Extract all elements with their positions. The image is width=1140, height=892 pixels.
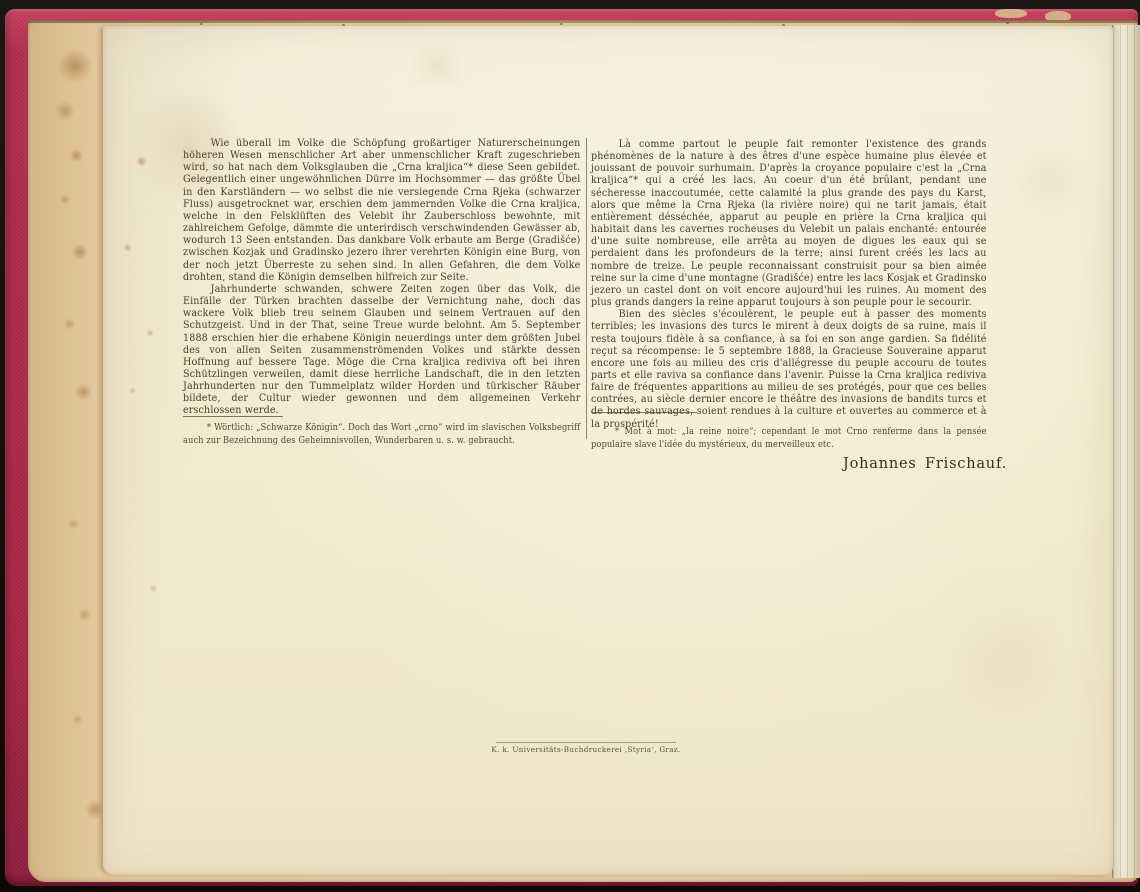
paper-speck [200, 23, 203, 25]
cover-tear [995, 9, 1027, 18]
german-paragraph-1: Wie überall im Volke die Schöpfung großa… [183, 137, 580, 283]
foxing-spot [136, 156, 147, 167]
author-signature: Johannes Frischauf. [843, 456, 1007, 472]
german-column: Wie überall im Volke die Schöpfung großa… [183, 137, 580, 417]
paper-speck [1006, 22, 1009, 24]
foxing-spot [129, 387, 136, 394]
book-photograph: Wie überall im Volke die Schöpfung großa… [0, 0, 1140, 892]
foxing-spot [123, 243, 132, 252]
page-fore-edge-stack [1112, 25, 1140, 878]
french-column: Là comme partout le peuple fait remonter… [591, 138, 987, 430]
cover-inner-edge [28, 20, 1137, 23]
french-paragraph-1: Là comme partout le peuple fait remonter… [591, 138, 987, 308]
foxing-spot [146, 329, 154, 337]
french-footnote: * Mot à mot: „la reine noire“; cependant… [591, 426, 987, 451]
foxing-spot [149, 584, 158, 593]
french-footnote-rule [591, 412, 697, 413]
paper-speck [560, 23, 563, 25]
book-page: Wie überall im Volke die Schöpfung großa… [103, 26, 1113, 875]
column-divider-rule [586, 138, 587, 439]
imprint-rule [496, 742, 676, 743]
foxing-spot [1003, 136, 1093, 226]
german-paragraph-2: Jahrhunderte schwanden, schwere Zeiten z… [183, 283, 580, 417]
german-footnote: * Wörtlich: „Schwarze Königin“. Doch das… [183, 422, 580, 447]
german-footnote-rule [183, 416, 283, 417]
printer-imprint: K. k. Universitäts-Buchdruckerei ‚Styria… [456, 745, 716, 754]
german-footnote-text: * Wörtlich: „Schwarze Königin“. Doch das… [183, 422, 580, 447]
french-footnote-text: * Mot à mot: „la reine noire“; cependant… [591, 426, 987, 451]
foxing-spot [403, 46, 473, 86]
foxing-spot [943, 606, 1073, 716]
